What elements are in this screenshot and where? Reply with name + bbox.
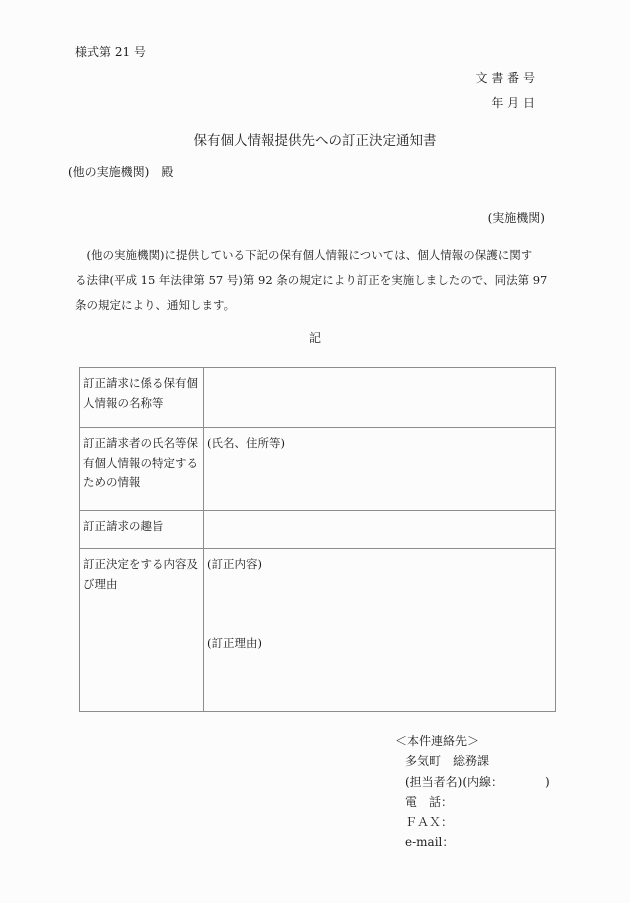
row-value-cell <box>204 511 556 549</box>
table-row: 訂正請求の趣旨 <box>80 511 556 549</box>
row-value-cell <box>204 368 556 428</box>
paragraph-line: る法律(平成 15 年法律第 57 号)第 92 条の規定により訂正を実施しまし… <box>75 268 547 293</box>
row-label-cell: 訂正請求者の氏名等保 有個人情報の特定する ための情報 <box>80 428 204 511</box>
doc-number-block: 文 書 番 号 年 月 日 <box>476 66 535 116</box>
paragraph-line: 条の規定により、通知します。 <box>75 293 547 318</box>
table-row: 訂正請求者の氏名等保 有個人情報の特定する ための情報 (氏名、住所等) <box>80 428 556 511</box>
document-title: 保有個人情報提供先への訂正決定通知書 <box>0 129 630 149</box>
row-label-line: 訂正請求者の氏名等保 <box>83 434 201 454</box>
contact-office: 多気町 総務課 <box>405 751 550 771</box>
row-value-cell: (訂正内容) (訂正理由) <box>204 549 556 712</box>
contact-heading: ＜本件連絡先＞ <box>395 731 550 751</box>
document-page: 様式第 21 号 文 書 番 号 年 月 日 保有個人情報提供先への訂正決定通知… <box>0 0 630 903</box>
date-line: 年 月 日 <box>476 91 535 116</box>
table-row: 訂正決定をする内容及 び理由 (訂正内容) (訂正理由) <box>80 549 556 712</box>
ki-marker: 記 <box>0 329 630 346</box>
row-label-line: ための情報 <box>83 473 201 493</box>
row-label-line: 有個人情報の特定する <box>83 454 201 474</box>
body-paragraph: (他の実施機関)に提供している下記の保有個人情報については、個人情報の保護に関す… <box>75 243 547 318</box>
row-label-cell: 訂正請求の趣旨 <box>80 511 204 549</box>
paragraph-line: (他の実施機関)に提供している下記の保有個人情報については、個人情報の保護に関す <box>75 243 547 268</box>
row-label-line: 訂正請求の趣旨 <box>83 517 201 537</box>
doc-number-line: 文 書 番 号 <box>476 66 535 91</box>
row-label-line: 訂正決定をする内容及 <box>83 555 201 575</box>
row-label-line: 訂正請求に係る保有個 <box>83 374 201 394</box>
row-label-line: び理由 <box>83 575 201 595</box>
correction-content-placeholder: (訂正内容) <box>207 555 553 575</box>
form-table: 訂正請求に係る保有個 人情報の名称等 訂正請求者の氏名等保 有個人情報の特定する… <box>79 367 556 712</box>
contact-block: ＜本件連絡先＞ 多気町 総務課 (担当者名)(内線： ) 電 話： ＦＡＸ： e… <box>395 731 550 853</box>
form-number: 様式第 21 号 <box>75 43 146 60</box>
contact-phone: 電 話： <box>405 792 550 812</box>
contact-fax: ＦＡＸ： <box>405 812 550 832</box>
sender-line: (実施機関) <box>488 209 545 226</box>
row-label-cell: 訂正決定をする内容及 び理由 <box>80 549 204 712</box>
row-value-cell: (氏名、住所等) <box>204 428 556 511</box>
correction-reason-placeholder: (訂正理由) <box>207 634 553 654</box>
contact-person: (担当者名)(内線： ) <box>405 772 550 792</box>
addressee-line: (他の実施機関) 殿 <box>68 163 173 180</box>
table-row: 訂正請求に係る保有個 人情報の名称等 <box>80 368 556 428</box>
contact-email: e-mail： <box>405 832 550 852</box>
row-label-line: 人情報の名称等 <box>83 394 201 414</box>
row-label-cell: 訂正請求に係る保有個 人情報の名称等 <box>80 368 204 428</box>
value-placeholder: (氏名、住所等) <box>207 434 553 454</box>
